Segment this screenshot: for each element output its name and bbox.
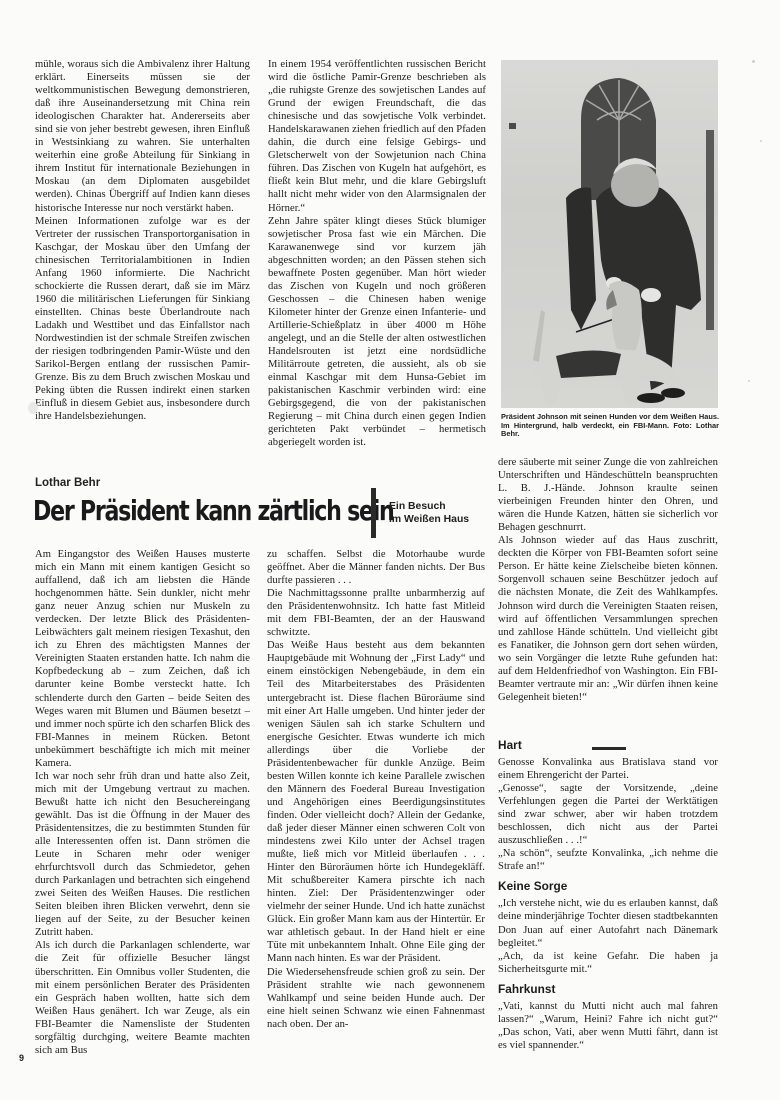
paragraph: Zehn Jahre später klingt dieses Stück bl… xyxy=(268,215,486,450)
previous-article-column-1: mühle, woraus sich die Ambivalenz ihrer … xyxy=(35,58,250,423)
scan-speck xyxy=(748,380,750,382)
paragraph: Als Johnson wieder auf das Haus zuschrit… xyxy=(498,534,718,704)
headline: Der Präsident kann zärtlich sein xyxy=(33,494,394,527)
photo-illustration xyxy=(501,60,718,408)
paragraph: Meinen Informationen zufolge war es der … xyxy=(35,215,250,424)
paragraph: dere säuberte mit seiner Zunge die von z… xyxy=(498,456,718,534)
scan-speck xyxy=(760,140,762,142)
section-rule xyxy=(592,747,626,750)
paragraph: In einem 1954 veröffentlichten russische… xyxy=(268,58,486,215)
johnson-dogs-photo xyxy=(501,60,718,408)
subheadline-line-2: im Weißen Haus xyxy=(389,514,469,527)
spacer xyxy=(498,704,718,732)
joke-title-fahrkunst: Fahrkunst xyxy=(498,983,718,996)
subheadline: Ein Besuch im Weißen Haus xyxy=(389,501,469,526)
paragraph: Am Eingangstor des Weißen Hauses mustert… xyxy=(35,548,250,770)
article-column-1: Am Eingangstor des Weißen Hauses mustert… xyxy=(35,548,250,1057)
paragraph: „Vati, kannst du Mutti nicht auch mal fa… xyxy=(498,1000,718,1052)
paragraph: zu schaffen. Selbst die Motorhaube wurde… xyxy=(267,548,485,587)
paragraph: „Ach, da ist keine Gefahr. Die haben ja … xyxy=(498,950,718,976)
scan-speck xyxy=(752,60,755,63)
article-column-3: dere säuberte mit seiner Zunge die von z… xyxy=(498,456,718,1052)
paragraph: Ich war noch sehr früh dran und hatte al… xyxy=(35,770,250,940)
paragraph: „Ich verstehe nicht, wie du es erlauben … xyxy=(498,897,718,949)
paragraph: Als ich durch die Parkanlagen schlendert… xyxy=(35,939,250,1056)
byline: Lothar Behr xyxy=(35,477,100,489)
paragraph: Das Weiße Haus besteht aus dem bekannten… xyxy=(267,639,485,965)
previous-article-column-2: In einem 1954 veröffentlichten russische… xyxy=(268,58,486,449)
subheadline-line-1: Ein Besuch xyxy=(389,501,469,514)
article-column-2: zu schaffen. Selbst die Motorhaube wurde… xyxy=(267,548,485,1031)
paragraph: Die Wiedersehensfreude schien groß zu se… xyxy=(267,966,485,1031)
scan-speck xyxy=(28,402,38,414)
joke-title-keine-sorge: Keine Sorge xyxy=(498,880,718,893)
paragraph: „Genosse“, sagte der Vorsitzende, „deine… xyxy=(498,782,718,847)
paragraph: „Na schön“, seufzte Konvalinka, „ich neh… xyxy=(498,847,718,873)
paragraph: Genosse Konvalinka aus Bratislava stand … xyxy=(498,756,718,782)
page-number: 9 xyxy=(19,1053,24,1063)
paragraph: Die Nachmittagssonne prallte unbarmherzi… xyxy=(267,587,485,639)
paragraph: mühle, woraus sich die Ambivalenz ihrer … xyxy=(35,58,250,215)
photo-caption: Präsident Johnson mit seinen Hunden vor … xyxy=(501,413,719,439)
headline-divider xyxy=(371,488,376,538)
